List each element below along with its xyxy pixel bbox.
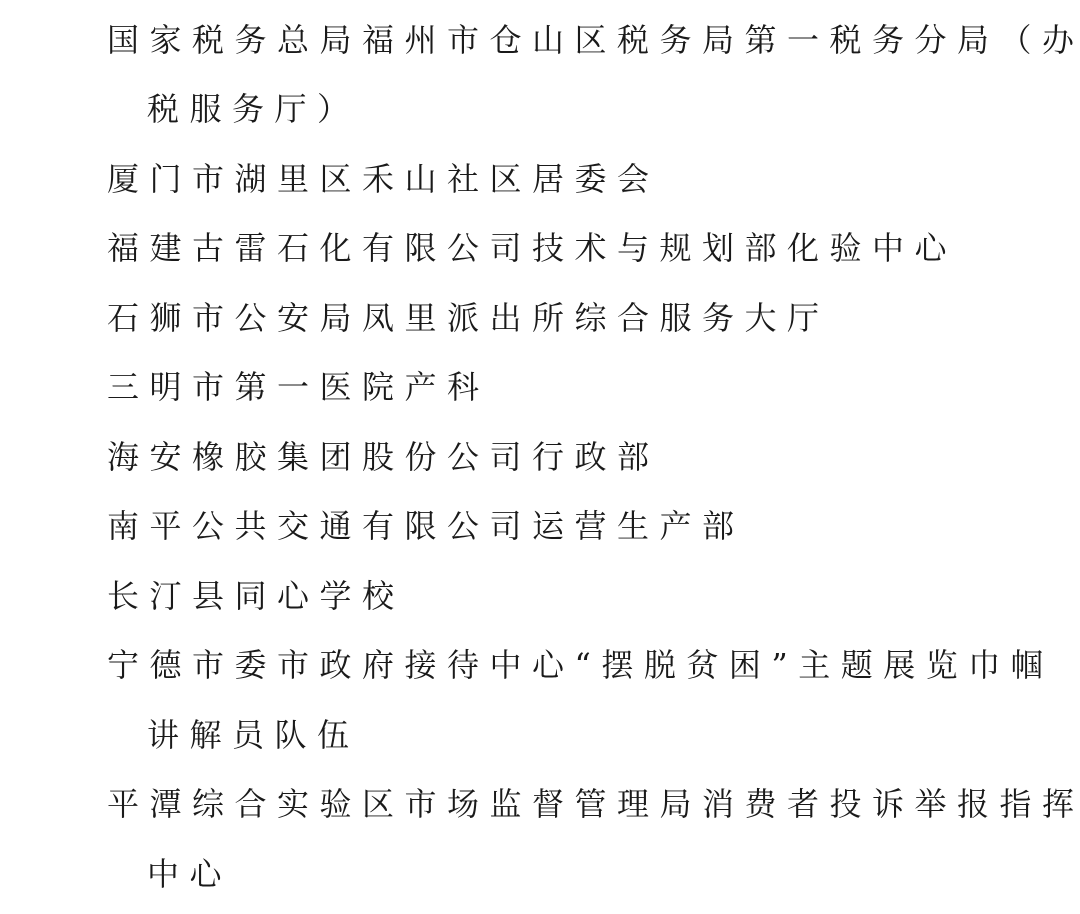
entry-line: 福建古雷石化有限公司技术与规划部化验中心 <box>107 228 957 268</box>
entry-line: 宁德市委市政府接待中心“摆脱贫困”主题展览巾帼 <box>107 645 1053 685</box>
entry-line: 南平公共交通有限公司运营生产部 <box>107 506 745 546</box>
entry-line: 国家税务总局福州市仓山区税务局第一税务分局（办 <box>107 20 1080 60</box>
entry-line: 平潭综合实验区市场监督管理局消费者投诉举报指挥 <box>107 784 1080 824</box>
entry-line-continuation: 税服务厅） <box>147 89 360 129</box>
document-page: 国家税务总局福州市仓山区税务局第一税务分局（办 税服务厅） 厦门市湖里区禾山社区… <box>0 0 1080 914</box>
entry-line-continuation: 中心 <box>147 854 232 894</box>
entry-line: 三明市第一医院产科 <box>107 367 490 407</box>
entry-line: 海安橡胶集团股份公司行政部 <box>107 437 660 477</box>
entry-line: 长汀县同心学校 <box>107 576 405 616</box>
entry-line: 厦门市湖里区禾山社区居委会 <box>107 159 660 199</box>
entry-line: 石狮市公安局凤里派出所综合服务大厅 <box>107 298 830 338</box>
entry-line-continuation: 讲解员队伍 <box>147 715 360 755</box>
